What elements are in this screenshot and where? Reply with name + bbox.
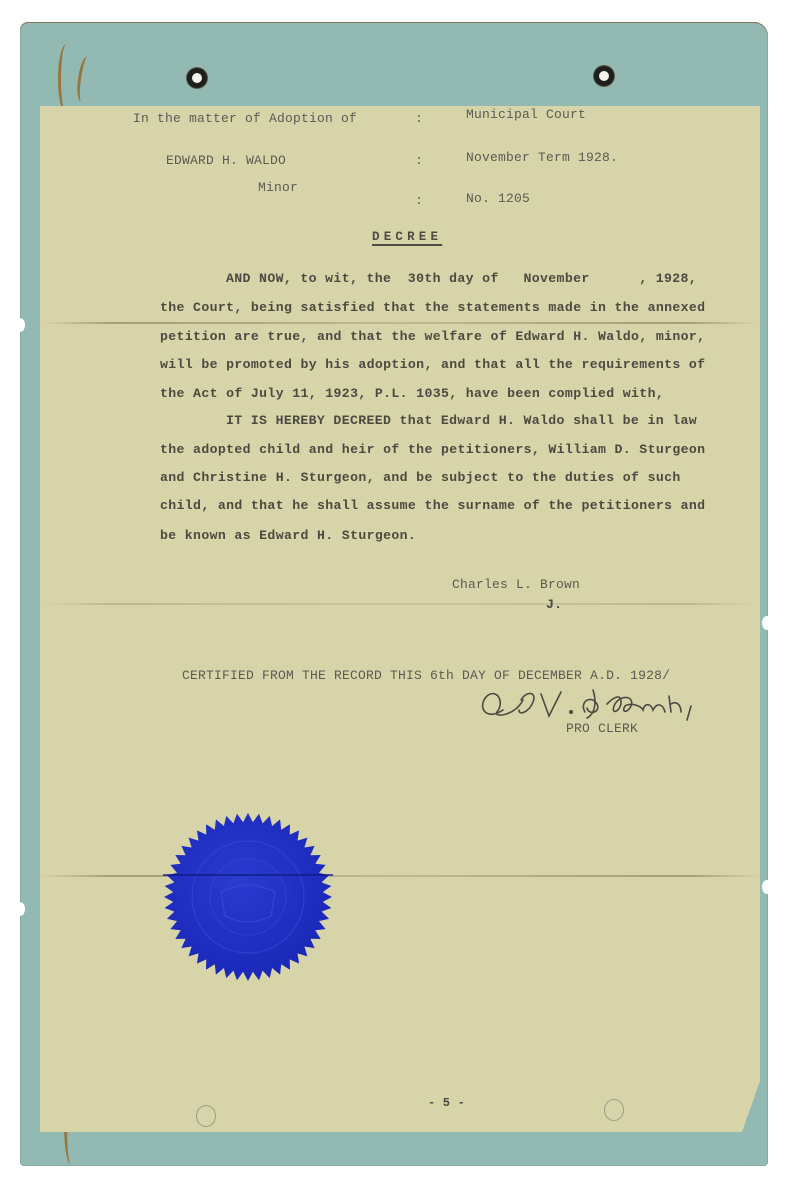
decree-body-line: and Christine H. Sturgeon, and be subjec… [160,470,681,485]
binding-grommet-icon [187,68,207,88]
judge-title: J. [546,597,562,612]
caption-separator: : [415,153,423,168]
page-punch-hole [604,1099,624,1121]
decree-body-line: will be promoted by his adoption, and th… [160,357,705,372]
decree-body-line: child, and that he shall assume the surn… [160,498,705,513]
paper-fold-line [40,603,760,605]
decree-paper [40,106,760,1132]
caption-matter: In the matter of Adoption of [133,111,357,126]
document-title: DECREE [372,230,442,244]
decree-body-line: AND NOW, to wit, the 30th day of Novembe… [226,271,697,286]
caption-name: EDWARD H. WALDO [166,153,286,168]
embossed-court-seal-icon [163,812,333,982]
backing-notch [762,616,772,630]
decree-body-line: the Act of July 11, 1923, P.L. 1035, hav… [160,386,664,401]
backing-notch [15,318,25,332]
paper-fold-line [40,875,760,877]
decree-body-line: the adopted child and heir of the petiti… [160,442,705,457]
caption-status: Minor [258,180,298,195]
caption-number: No. 1205 [466,191,530,206]
decree-body-line: be known as Edward H. Sturgeon. [160,528,416,543]
handwritten-signature-icon [475,682,715,726]
backing-notch [762,880,772,894]
page-number: - 5 - [428,1096,465,1110]
decree-body-line: petition are true, and that the welfare … [160,329,705,344]
caption-court: Municipal Court [466,107,586,122]
caption-separator: : [415,111,423,126]
paper-fold-line [40,322,760,324]
decree-body-line: the Court, being satisfied that the stat… [160,300,705,315]
binding-grommet-icon [594,66,614,86]
caption-term: November Term 1928. [466,150,618,165]
backing-notch [15,902,25,916]
binding-string-stain [58,44,75,114]
judge-name: Charles L. Brown [452,577,580,592]
caption-separator: : [415,193,423,208]
decree-body-line: IT IS HEREBY DECREED that Edward H. Wald… [226,413,697,428]
page-punch-hole [196,1105,216,1127]
clerk-title: PRO CLERK [566,721,638,736]
certification-text: CERTIFIED FROM THE RECORD THIS 6th DAY O… [182,668,670,683]
